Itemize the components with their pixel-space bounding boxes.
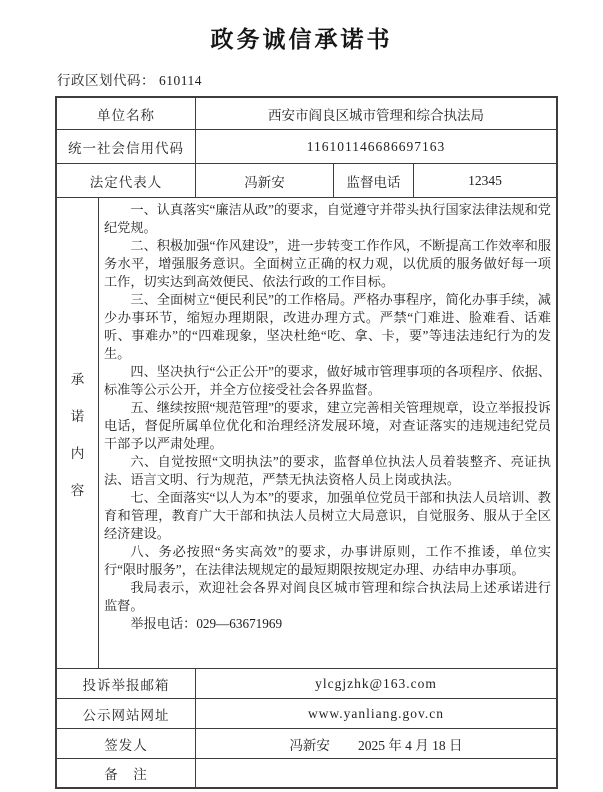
signer-date: 2025 年 4 月 18 日 — [358, 734, 463, 754]
unit-name-label: 单位名称 — [57, 98, 195, 129]
unit-name-value: 西安市阎良区城市管理和综合执法局 — [195, 98, 556, 129]
commitment-paragraph: 八、务必按照“务实高效”的要求，办事讲原则，工作不推诿，单位实行“限时服务”，在… — [104, 543, 551, 579]
complaint-email-label: 投诉举报邮箱 — [57, 669, 195, 698]
commitment-paragraph: 我局表示，欢迎社会各界对阎良区城市管理和综合执法局上述承诺进行监督。 — [104, 579, 551, 615]
table-row-remark: 备 注 — [57, 758, 556, 787]
table-row-credit-code: 统一社会信用代码 116101146686697163 — [57, 129, 556, 163]
commitment-paragraph: 七、全面落实“以人为本”的要求，加强单位党员干部和执法人员培训、教育和管理，教育… — [104, 489, 551, 543]
legal-rep-label: 法定代表人 — [57, 164, 195, 197]
table-row-legal-representative: 法定代表人 冯新安 监督电话 12345 — [57, 163, 556, 197]
commitment-paragraph: 二、积极加强“作风建设”，进一步转变工作作风，不断提高工作效率和服务水平，增强服… — [104, 237, 551, 291]
commitment-paragraph: 举报电话：029—63671969 — [104, 615, 551, 633]
remark-value — [195, 759, 556, 787]
supervision-phone-value: 12345 — [413, 164, 556, 197]
legal-rep-value: 冯新安 — [195, 164, 333, 197]
admin-code-value: 610114 — [155, 73, 202, 88]
table-row-public-website: 公示网站网址 www.yanliang.gov.cn — [57, 698, 556, 728]
commitment-paragraph: 五、继续按照“规范管理”的要求，建立完善相关管理规章，设立举报投诉电话，督促所属… — [104, 399, 551, 453]
commitment-form-table: 单位名称 西安市阎良区城市管理和综合执法局 统一社会信用代码 116101146… — [55, 96, 558, 789]
table-row-complaint-email: 投诉举报邮箱 ylcgjzhk@163.com — [57, 668, 556, 698]
remark-label: 备 注 — [57, 759, 195, 787]
signer-name: 冯新安 — [289, 734, 330, 754]
supervision-phone-label: 监督电话 — [333, 164, 413, 197]
commitment-paragraph: 三、全面树立“便民利民”的工作格局。严格办事程序，简化办事手续，减少办事环节，缩… — [104, 291, 551, 363]
table-row-unit-name: 单位名称 西安市阎良区城市管理和综合执法局 — [57, 98, 556, 129]
commitment-label-char: 承 — [71, 368, 85, 388]
public-website-value: www.yanliang.gov.cn — [195, 699, 556, 728]
commitment-letter-document: 政务诚信承诺书 行政区划代码：610114 单位名称 西安市阎良区城市管理和综合… — [0, 0, 603, 792]
page-title: 政务诚信承诺书 — [0, 0, 603, 54]
admin-code-label: 行政区划代码： — [57, 73, 155, 88]
commitment-label-char: 容 — [71, 479, 85, 499]
commitment-label-vertical: 承诺内容 — [57, 198, 98, 668]
commitment-label-char: 诺 — [71, 405, 85, 425]
complaint-email-value: ylcgjzhk@163.com — [195, 669, 556, 698]
signer-value: 冯新安 2025 年 4 月 18 日 — [195, 729, 556, 758]
commitment-paragraph: 四、坚决执行“公正公开”的要求，做好城市管理事项的各项程序、依据、标准等公示公开… — [104, 363, 551, 399]
public-website-label: 公示网站网址 — [57, 699, 195, 728]
commitment-paragraph: 一、认真落实“廉洁从政”的要求，自觉遵守并带头执行国家法律法规和党纪党规。 — [104, 201, 551, 237]
table-row-commitment-content: 承诺内容 一、认真落实“廉洁从政”的要求，自觉遵守并带头执行国家法律法规和党纪党… — [57, 197, 556, 668]
commitment-label-char: 内 — [71, 442, 85, 462]
credit-code-label: 统一社会信用代码 — [57, 130, 195, 163]
signer-label: 签发人 — [57, 729, 195, 758]
table-row-signer: 签发人 冯新安 2025 年 4 月 18 日 — [57, 728, 556, 758]
commitment-paragraph: 六、自觉按照“文明执法”的要求，监督单位执法人员着装整齐、亮证执法、语言文明、行… — [104, 453, 551, 489]
commitment-paragraphs: 一、认真落实“廉洁从政”的要求，自觉遵守并带头执行国家法律法规和党纪党规。二、积… — [98, 198, 556, 668]
credit-code-value: 116101146686697163 — [195, 130, 556, 163]
admin-division-code: 行政区划代码：610114 — [57, 69, 603, 89]
